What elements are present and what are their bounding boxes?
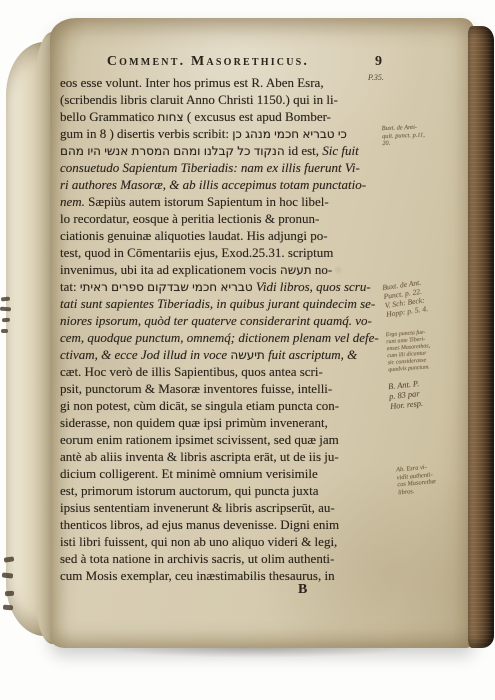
text-segment: (scribendis libris claruit Anno Christi … bbox=[60, 92, 338, 107]
hebrew-word: המסרת bbox=[132, 144, 170, 158]
text-segment: dicium colligerent. Et minimè omnium ver… bbox=[60, 466, 318, 481]
text-segment: tat: bbox=[60, 279, 80, 294]
text-line: consuetudo Sapientum Tiberiadis: nam ex … bbox=[60, 159, 386, 176]
hebrew-word: כי bbox=[338, 127, 347, 141]
text-segment: test, quod in Cōmentariis ejus, Exod.25.… bbox=[60, 245, 333, 260]
hebrew-word: כן bbox=[232, 127, 242, 141]
text-line: antè ab aliis inventa & libris ascripta … bbox=[60, 448, 386, 465]
ink-mark bbox=[2, 572, 13, 578]
text-line: ipsius sententiam invenerunt & libris as… bbox=[60, 499, 386, 516]
text-line: isti libri fuissent, qui non ab uno aliq… bbox=[60, 533, 386, 550]
hebrew-word: טבריא bbox=[220, 280, 252, 294]
text-segment: invenimus, ubi ita ad explicationem voci… bbox=[60, 262, 280, 277]
hebrew-word: חכמי bbox=[274, 127, 299, 141]
text-segment: ipsius sententiam invenerunt & libris as… bbox=[60, 500, 335, 515]
hebrew-word: הנקוד bbox=[254, 144, 285, 158]
text-segment: consuetudo Sapientum Tiberiadis: nam ex … bbox=[60, 160, 360, 175]
handwritten-margin-note: Buxt. de Anti-quit. punct. p.11,20. bbox=[382, 123, 445, 148]
handwritten-margin-note: B. Ant. P.p. 83 parHor. resp. bbox=[388, 376, 453, 412]
ink-mark bbox=[2, 318, 10, 322]
hebrew-word: טבריא bbox=[302, 127, 334, 141]
text-segment: ( excusus est apud Bomber- bbox=[184, 109, 331, 124]
text-segment: Sic fuit bbox=[322, 143, 358, 158]
text-segment: cum Mosis exemplar, ceu inæstimabilis th… bbox=[60, 568, 335, 583]
text-line: cem, quodque punctum, omnemq́; dictionem… bbox=[60, 329, 386, 346]
hebrew-word: אנשי bbox=[104, 144, 128, 158]
text-line: dicium colligerent. Et minimè omnium ver… bbox=[60, 465, 386, 482]
text-line: eorum enim rationem ipsimet scivissent, … bbox=[60, 431, 386, 448]
hebrew-word: תיעשה bbox=[230, 348, 264, 362]
text-line: bello Grammatico צחות ( excusus est apud… bbox=[60, 108, 386, 125]
text-line: thenticos libros, ad ejus manus deveniss… bbox=[60, 516, 386, 533]
text-segment: ri authores Masoræ, & ab illis accepimus… bbox=[60, 177, 366, 192]
hebrew-word: ראיתי bbox=[80, 280, 108, 294]
page-number: 9 bbox=[356, 54, 382, 70]
text-segment: antè ab aliis inventa & libris ascripta … bbox=[60, 449, 339, 464]
text-segment: no- bbox=[312, 262, 333, 277]
text-segment: niores ipsorum, quòd ter quaterve consid… bbox=[60, 313, 372, 328]
text-line: gi non potest, cùm dicāt, se singula eti… bbox=[60, 397, 386, 414]
text-line: cum Mosis exemplar, ceu inæstimabilis th… bbox=[60, 567, 386, 584]
book-photo: Comment. Masorethicus. 9 P.35. eos esse … bbox=[0, 0, 495, 700]
text-line: tati sunt sapientes Tiberiadis, in quibu… bbox=[60, 295, 386, 312]
text-segment: cem, quodque punctum, omnemq́; dictionem… bbox=[60, 330, 379, 345]
text-segment: thenticos libros, ad ejus manus deveniss… bbox=[60, 517, 339, 532]
handwritten-margin-note: Ab. Ezra vi-vidit authenti-cos Masorethæ… bbox=[396, 462, 454, 497]
hebrew-word: קבלנו bbox=[204, 144, 234, 158]
hebrew-word: כל bbox=[237, 144, 250, 158]
text-segment: psit, punctorum & Masoræ inventores fuis… bbox=[60, 381, 332, 396]
text-segment: ctivam, & ecce Jod illud in voce bbox=[60, 347, 230, 362]
text-line: cæt. Hoc verò de illis Sapientibus, quos… bbox=[60, 363, 386, 380]
hebrew-word: שבדקום bbox=[147, 280, 189, 294]
hebrew-word: צחות bbox=[157, 110, 183, 124]
text-segment: gum in 8 ) disertis verbis scribit: bbox=[60, 126, 232, 141]
text-line: nem. Sæpiùs autem istorum Sapientum in h… bbox=[60, 193, 386, 210]
text-line: est, primorum istorum auctorum, qui punc… bbox=[60, 482, 386, 499]
text-segment: ciationis genuinæ aliquoties laudat. His… bbox=[60, 228, 328, 243]
text-line: niores ipsorum, quòd ter quaterve consid… bbox=[60, 312, 386, 329]
text-line: lo recordatur, eosque à peritia lectioni… bbox=[60, 210, 386, 227]
text-segment: sed à tota natione in archivis sacris, u… bbox=[60, 551, 334, 566]
text-segment: cæt. Hoc verò de illis Sapientibus, quos… bbox=[60, 364, 323, 379]
text-line: (scribendis libris claruit Anno Christi … bbox=[60, 91, 386, 108]
text-line: ciationis genuinæ aliquoties laudat. His… bbox=[60, 227, 386, 244]
text-segment: est, primorum istorum auctorum, qui punc… bbox=[60, 483, 319, 498]
text-line: ri authores Masoræ, & ab illis accepimus… bbox=[60, 176, 386, 193]
text-segment: Sæpiùs autem istorum Sapientum in hoc li… bbox=[85, 194, 329, 209]
text-segment: eos esse volunt. Inter hos primus est R.… bbox=[60, 75, 324, 90]
hebrew-word: ספרים bbox=[111, 280, 144, 294]
text-segment: Vidi libros, quos scru- bbox=[256, 279, 371, 294]
text-line: siderasse, non quidem quæ ipsi primùm in… bbox=[60, 414, 386, 431]
hebrew-word: מהם bbox=[60, 144, 84, 158]
text-line: eos esse volunt. Inter hos primus est R.… bbox=[60, 74, 386, 91]
text-line: ctivam, & ecce Jod illud in voce תיעשה f… bbox=[60, 346, 386, 363]
ink-mark bbox=[1, 329, 8, 333]
text-line: tat: ראיתי ספרים שבדקום חכמי טבריא Vidi … bbox=[60, 278, 386, 295]
hebrew-word: מנהג bbox=[245, 127, 271, 141]
text-segment: id est, bbox=[285, 143, 323, 158]
signature-mark: B bbox=[298, 582, 307, 598]
text-line: invenimus, ubi ita ad explicationem voci… bbox=[60, 261, 386, 278]
hebrew-word: תעשה bbox=[280, 263, 312, 277]
book-fore-edge bbox=[468, 26, 494, 648]
handwritten-margin-note: Buxt. de Ant.Punct. p. 22.V. Sch: Beck:H… bbox=[382, 274, 458, 319]
page-title: Comment. Masorethicus. bbox=[60, 54, 356, 70]
text-segment: gi non potest, cùm dicāt, se singula eti… bbox=[60, 398, 339, 413]
body-text: eos esse volunt. Inter hos primus est R.… bbox=[60, 74, 386, 584]
text-segment: tati sunt sapientes Tiberiadis, in quibu… bbox=[60, 296, 375, 311]
text-line: gum in 8 ) disertis verbis scribit: כן מ… bbox=[60, 125, 386, 142]
hebrew-word: ומהם bbox=[173, 144, 200, 158]
text-segment: fuit ascriptum, & bbox=[265, 347, 357, 362]
ink-mark bbox=[5, 591, 14, 597]
text-segment: isti libri fuissent, qui non ab uno aliq… bbox=[60, 534, 337, 549]
text-segment: nem. bbox=[60, 194, 85, 209]
text-segment: siderasse, non quidem quæ ipsi primùm in… bbox=[60, 415, 328, 430]
text-line: sed à tota natione in archivis sacris, u… bbox=[60, 550, 386, 567]
text-line: מהם היו אנשי המסרת ומהם קבלנו כל הנקוד i… bbox=[60, 142, 386, 159]
text-segment: bello Grammatico bbox=[60, 109, 157, 124]
ink-mark bbox=[0, 307, 11, 312]
ink-mark bbox=[3, 605, 13, 611]
page-header: Comment. Masorethicus. 9 bbox=[60, 54, 382, 70]
text-line: test, quod in Cōmentariis ejus, Exod.25.… bbox=[60, 244, 386, 261]
book-page: Comment. Masorethicus. 9 P.35. eos esse … bbox=[50, 18, 474, 648]
hebrew-word: היו bbox=[87, 144, 101, 158]
text-line: psit, punctorum & Masoræ inventores fuis… bbox=[60, 380, 386, 397]
hebrew-word: חכמי bbox=[192, 280, 217, 294]
text-segment: eorum enim rationem ipsimet scivissent, … bbox=[60, 432, 339, 447]
handwritten-margin-note: Ergo puncta fue-runt ante Tiberi-enses M… bbox=[386, 328, 453, 374]
text-segment: lo recordatur, eosque à peritia lectioni… bbox=[60, 211, 319, 226]
